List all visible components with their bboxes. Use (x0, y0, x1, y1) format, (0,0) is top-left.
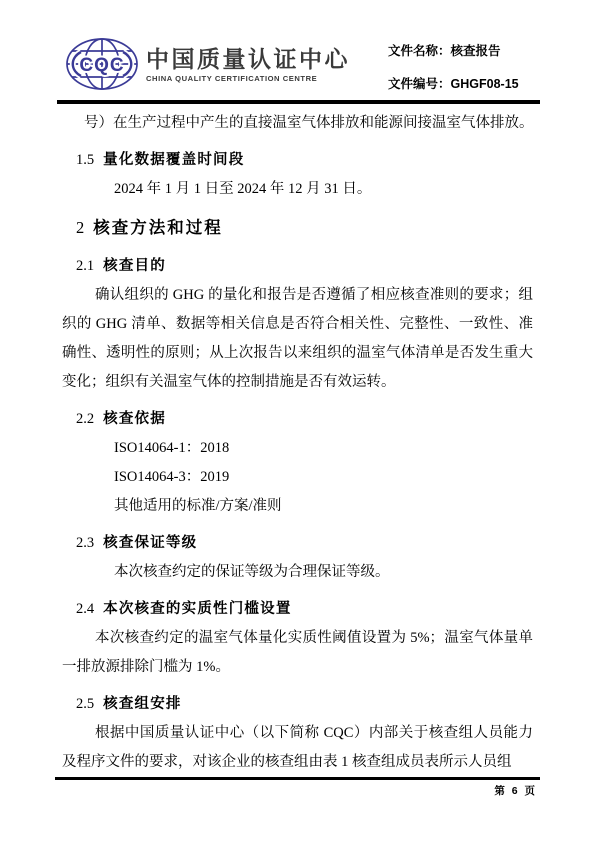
document-content: 号）在生产过程中产生的直接温室气体排放和能源间接温室气体排放。 1.5量化数据覆… (62, 109, 533, 777)
heading-number: 2.2 (76, 411, 94, 427)
heading-number: 2.1 (76, 258, 94, 274)
logo-acronym: CQC (79, 55, 124, 76)
heading-text: 核查组安排 (103, 696, 182, 712)
heading-number: 1.5 (76, 152, 94, 168)
heading-2-3: 2.3核查保证等级 (62, 529, 533, 558)
heading-text: 本次核查的实质性门槛设置 (103, 601, 291, 617)
heading-2: 2核查方法和过程 (62, 212, 533, 244)
paragraph-2-5: 根据中国质量认证中心（以下简称 CQC）内部关于核查组人员能力及程序文件的要求，… (62, 719, 533, 777)
heading-2-1: 2.1核查目的 (62, 252, 533, 281)
org-name-cn: 中国质量认证中心 (146, 47, 350, 72)
doc-name-value: 核查报告 (451, 44, 501, 58)
heading-text: 核查保证等级 (103, 535, 197, 551)
paragraph-1-5: 2024 年 1 月 1 日至 2024 年 12 月 31 日。 (62, 175, 533, 204)
heading-text: 核查目的 (103, 258, 166, 274)
heading-number: 2.3 (76, 535, 94, 551)
page-number: 第 6 页 (494, 783, 537, 798)
paragraph-2-3: 本次核查约定的保证等级为合理保证等级。 (62, 558, 533, 587)
heading-text: 核查依据 (103, 411, 166, 427)
reference-item: ISO14064-3：2019 (62, 463, 533, 492)
reference-item: 其他适用的标准/方案/准则 (62, 492, 533, 521)
doc-name-row: 文件名称：核查报告 (388, 44, 548, 58)
footer-rule (55, 777, 540, 780)
heading-text: 核查方法和过程 (93, 219, 223, 237)
heading-number: 2.5 (76, 696, 94, 712)
document-page: CQC 中国质量认证中心 CHINA QUALITY CERTIFICATION… (0, 0, 595, 841)
heading-number: 2.4 (76, 601, 94, 617)
heading-number: 2 (76, 218, 84, 237)
heading-2-4: 2.4本次核查的实质性门槛设置 (62, 595, 533, 624)
doc-name-label: 文件名称： (388, 44, 451, 58)
heading-2-5: 2.5核查组安排 (62, 690, 533, 719)
heading-2-2: 2.2核查依据 (62, 405, 533, 434)
doc-no-label: 文件编号： (388, 77, 451, 91)
paragraph-continuation: 号）在生产过程中产生的直接温室气体排放和能源间接温室气体排放。 (62, 109, 533, 138)
paragraph-2-4: 本次核查约定的温室气体量化实质性阈值设置为 5%；温室气体量单一排放源排除门槛为… (62, 624, 533, 682)
org-name-en: CHINA QUALITY CERTIFICATION CENTRE (146, 74, 350, 83)
header-rule (57, 100, 540, 104)
cqc-globe-logo-icon: CQC (64, 36, 140, 92)
doc-no-row: 文件编号：GHGF08-15 (388, 77, 548, 91)
heading-text: 量化数据覆盖时间段 (103, 152, 244, 168)
reference-item: ISO14064-1：2018 (62, 434, 533, 463)
doc-no-value: GHGF08-15 (451, 77, 519, 91)
paragraph-2-1: 确认组织的 GHG 的量化和报告是否遵循了相应核查准则的要求；组织的 GHG 清… (62, 281, 533, 397)
heading-1-5: 1.5量化数据覆盖时间段 (62, 146, 533, 175)
doc-meta-block: 文件名称：核查报告 文件编号：GHGF08-15 (388, 44, 548, 91)
org-name-block: 中国质量认证中心 CHINA QUALITY CERTIFICATION CEN… (146, 47, 350, 83)
